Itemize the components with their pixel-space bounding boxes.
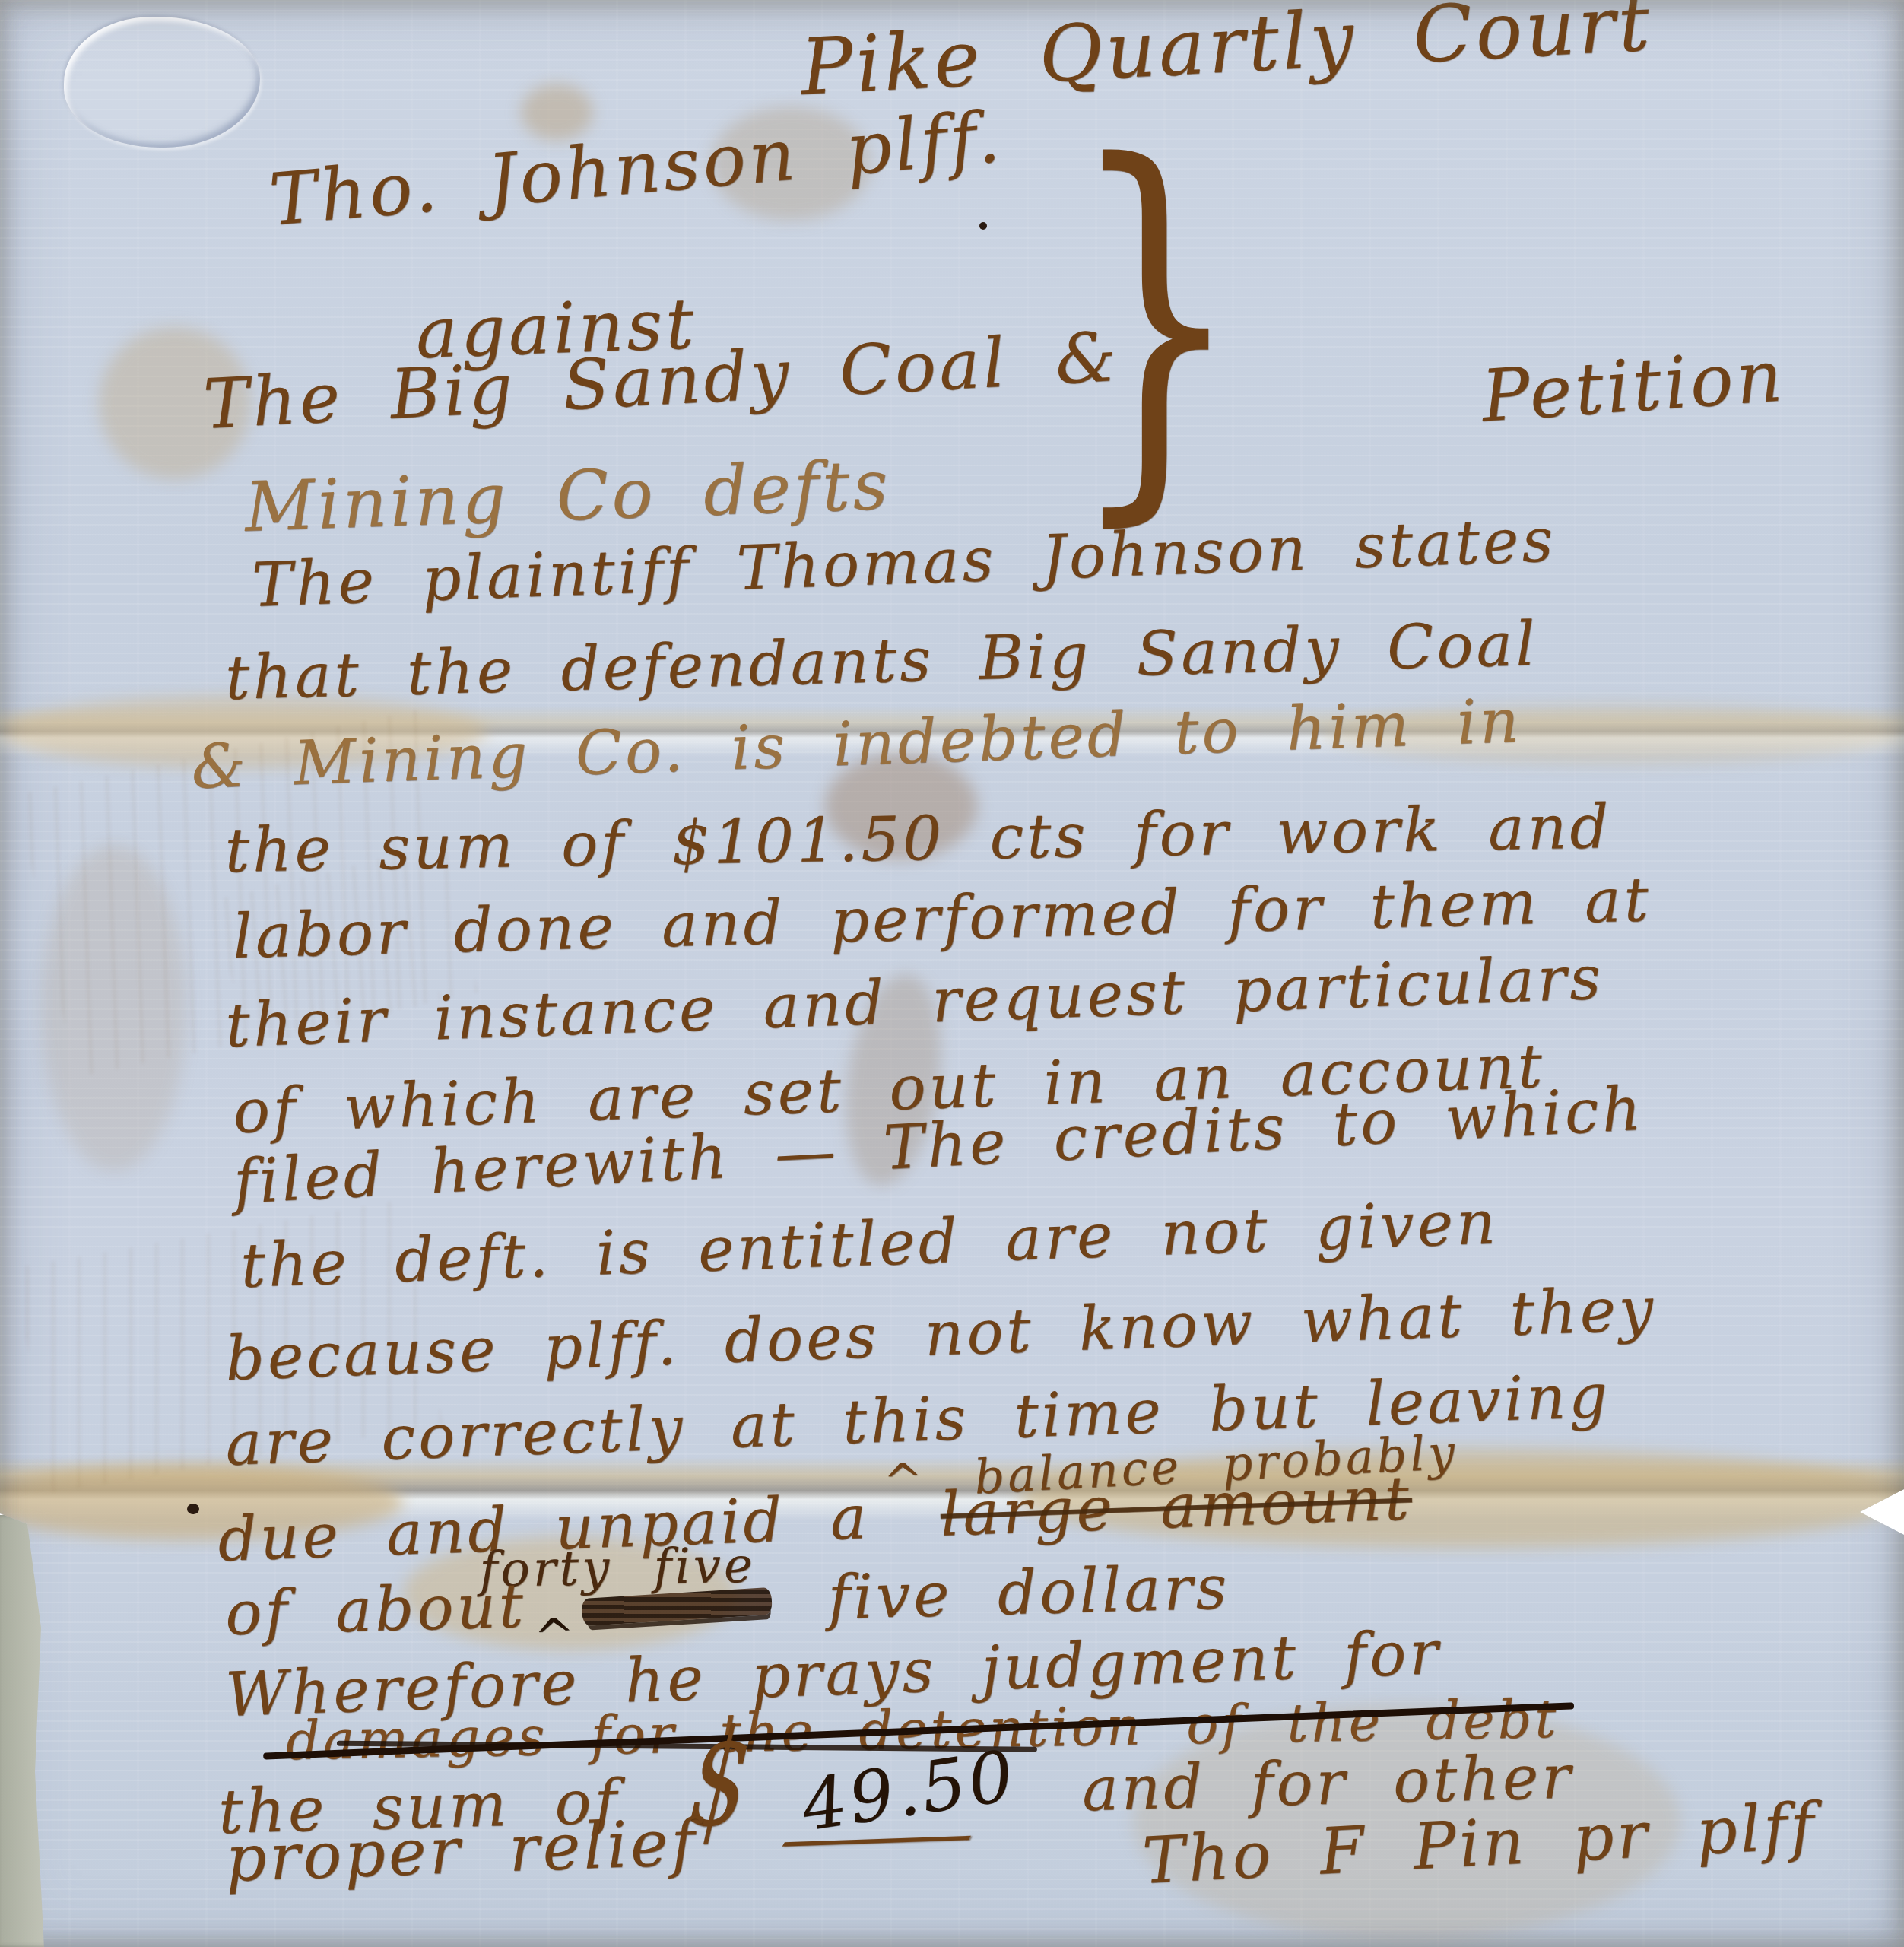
ink-scribble (582, 1587, 773, 1626)
docket-label-petition: Petition (1479, 335, 1788, 439)
ink-speck (187, 1504, 199, 1514)
stain (42, 844, 186, 1171)
line-text: proper relief (224, 1805, 699, 1896)
letter-paper: Pike Quartly Court Tho. Johnson plff. ag… (0, 0, 1904, 1947)
pen-flourish: — (773, 1795, 989, 1877)
line-text: of about (224, 1571, 527, 1649)
scanned-document-page: Pike Quartly Court Tho. Johnson plff. ag… (0, 0, 1904, 1947)
caption-brace: } (1068, 114, 1245, 525)
plaintiff-name: Tho. Johnson plff. (266, 96, 1006, 243)
line-text: five dollars (827, 1552, 1231, 1633)
ink-speck (979, 222, 987, 230)
embossed-seal (64, 17, 260, 148)
body-line-due-unpaid: due and unpaid a large amount (217, 1463, 1413, 1575)
